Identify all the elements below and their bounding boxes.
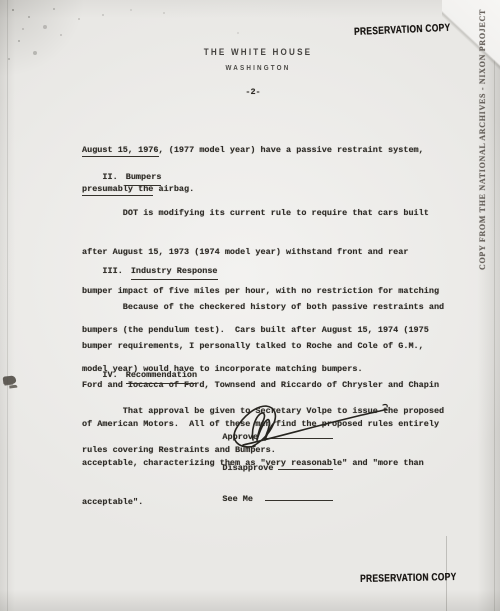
paragraph-line: Because of the checkered history of both…: [82, 301, 444, 314]
letterhead-subtitle: WASHINGTON: [226, 65, 291, 72]
page-number: -2-: [245, 86, 260, 99]
paper-right-edge: [494, 0, 495, 611]
disapprove-blank-line: [278, 461, 333, 470]
disapprove-label: Disapprove: [222, 463, 273, 473]
see-me-label: See Me: [222, 494, 253, 504]
letterhead-title: THE WHITE HOUSE: [204, 47, 313, 58]
see-me-blank-line: [265, 492, 333, 501]
paragraph-line: DOT is modifying its current rule to req…: [82, 207, 439, 220]
corner-fold: [442, 0, 500, 70]
paper-left-edge: [7, 0, 8, 611]
scan-speckles: [0, 0, 2, 2]
preservation-stamp-bottom: PRESERVATION COPY: [360, 571, 457, 585]
scanned-memo-page: PRESERVATION COPY COPY FROM THE NATIONAL…: [0, 0, 500, 611]
underlined-text: August 15, 1976: [82, 145, 159, 157]
paragraph-line: August 15, 1976, (1977 model year) have …: [82, 144, 424, 157]
approve-signature: [222, 400, 402, 455]
preservation-stamp-top: PRESERVATION COPY: [354, 22, 451, 38]
margin-ink-mark: [3, 375, 17, 385]
see-me-row: See Me: [202, 479, 333, 519]
paragraph-line: bumper requirements, I personally talked…: [82, 340, 444, 353]
archives-edge-note: COPY FROM THE NATIONAL ARCHIVES - NIXON …: [478, 9, 487, 270]
